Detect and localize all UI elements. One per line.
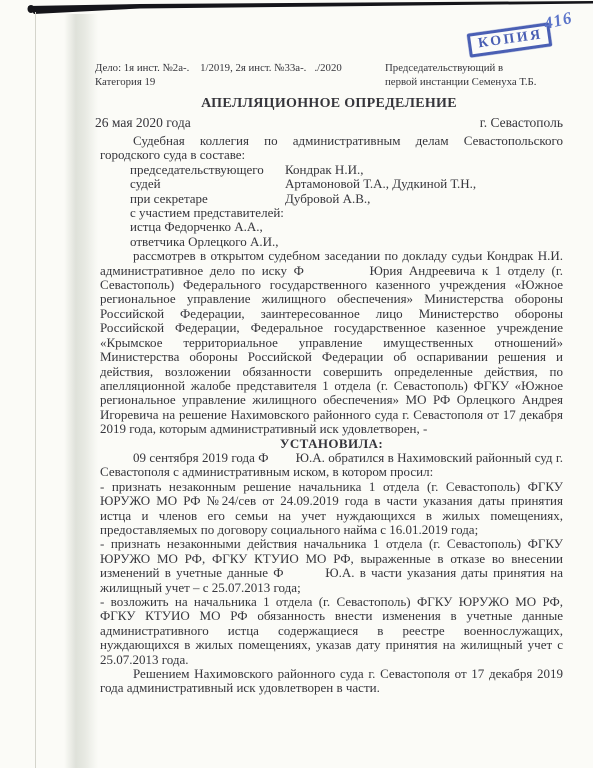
participant-line: ответчика Орлецкого А.И., <box>100 235 563 249</box>
panel-name: Артамоновой Т.А., Дудкиной Т.Н., <box>285 176 476 191</box>
document-body: Судебная коллегия по административным де… <box>100 134 563 696</box>
body-paragraph: - возложить на начальника 1 отдела (г. С… <box>100 595 563 667</box>
case-number-line: Дело: 1я инст. №2а-. 1/2019, 2я инст. №3… <box>95 62 342 76</box>
panel-row: судейАртамоновой Т.А., Дудкиной Т.Н., <box>100 177 563 191</box>
participant-line: с участием представителей: <box>100 206 563 220</box>
document-content: Дело: 1я инст. №2а-. 1/2019, 2я инст. №3… <box>95 62 563 696</box>
document-city: г. Севастополь <box>480 115 563 131</box>
panel-role: председательствующего <box>130 163 285 177</box>
presiding-line-1: Председательствующий в <box>385 62 563 76</box>
body-paragraph: - признать незаконным решение начальника… <box>100 480 563 538</box>
document-title: АПЕЛЛЯЦИОННОЕ ОПРЕДЕЛЕНИЕ <box>95 96 563 112</box>
case-description-paragraph: рассмотрев в открытом судебном заседании… <box>100 249 563 436</box>
date-line: 26 мая 2020 года г. Севастополь <box>95 115 563 131</box>
category-line: Категория 19 <box>95 76 342 90</box>
panel-role: при секретаре <box>130 192 285 206</box>
opening-paragraph: Судебная коллегия по административным де… <box>100 134 563 163</box>
binding-shadow-band <box>64 14 98 768</box>
presiding-line-2: первой инстанции Семенуха Т.Б. <box>385 76 563 90</box>
ustanovila-heading: УСТАНОВИЛА: <box>100 437 563 451</box>
body-paragraph: 09 сентября 2019 года Ф Ю.А. обратился в… <box>100 451 563 480</box>
scanned-court-document-page: КОПИЯ 416 Дело: 1я инст. №2а-. 1/2019, 2… <box>0 0 593 768</box>
panel-role: судей <box>130 177 285 191</box>
case-number-block: Дело: 1я инст. №2а-. 1/2019, 2я инст. №3… <box>95 62 342 89</box>
panel-name: Дубровой А.В., <box>285 191 370 206</box>
panel-name: Кондрак Н.И., <box>285 162 363 177</box>
panel-row: председательствующегоКондрак Н.И., <box>100 163 563 177</box>
body-paragraph: - признать незаконными действия начальни… <box>100 537 563 595</box>
body-paragraph: Решением Нахимовского районного суда г. … <box>100 667 563 696</box>
case-header: Дело: 1я инст. №2а-. 1/2019, 2я инст. №3… <box>95 62 563 89</box>
participant-line: истца Федорченко А.А., <box>100 220 563 234</box>
copy-stamp: КОПИЯ <box>467 22 553 57</box>
panel-row: при секретареДубровой А.В., <box>100 192 563 206</box>
page-edge-line <box>35 12 36 768</box>
presiding-judge-block: Председательствующий в первой инстанции … <box>385 62 563 89</box>
document-date: 26 мая 2020 года <box>95 115 191 131</box>
copy-stamp-label: КОПИЯ <box>477 27 544 51</box>
